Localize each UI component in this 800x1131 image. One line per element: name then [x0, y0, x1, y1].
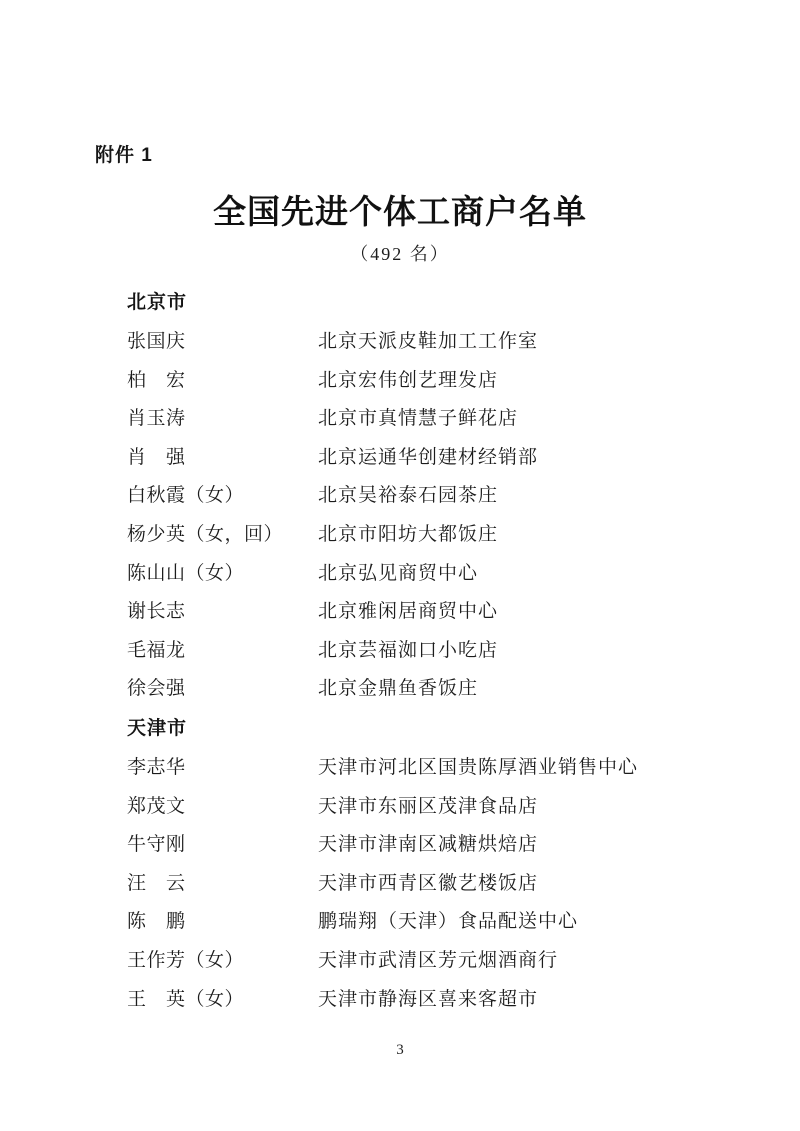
person-name: 徐会强 [127, 676, 318, 715]
person-name: 白秋霞（女） [127, 483, 318, 522]
person-name: 杨少英（女，回） [127, 522, 318, 561]
business-name: 北京市阳坊大都饭庄 [318, 522, 745, 561]
person-name: 李志华 [127, 755, 318, 794]
person-name: 陈山山（女） [127, 561, 318, 600]
page-number: 3 [0, 1042, 800, 1059]
business-name: 天津市武清区芳元烟酒商行 [318, 948, 745, 987]
business-name: 北京吴裕泰石园茶庄 [318, 483, 745, 522]
business-name: 北京金鼎鱼香饭庄 [318, 676, 745, 715]
person-name: 毛福龙 [127, 638, 318, 677]
person-name: 王 英（女） [127, 987, 318, 1026]
region-heading: 北京市 [127, 289, 745, 329]
person-name: 王作芳（女） [127, 948, 318, 987]
roster-row: 肖玉涛 北京市真情慧子鲜花店 [127, 406, 745, 445]
section-rows: 张国庆 北京天派皮鞋加工工作室 柏 宏 北京宏伟创艺理发店 肖玉涛 北京市真情慧… [127, 329, 745, 715]
person-name: 谢长志 [127, 599, 318, 638]
roster-row: 谢长志 北京雅闲居商贸中心 [127, 599, 745, 638]
roster-row: 郑茂文 天津市东丽区茂津食品店 [127, 794, 745, 833]
person-name: 汪 云 [127, 871, 318, 910]
page-subtitle: （492 名） [0, 240, 800, 266]
business-name: 天津市西青区徽艺楼饭店 [318, 871, 745, 910]
person-name: 郑茂文 [127, 794, 318, 833]
person-name: 张国庆 [127, 329, 318, 368]
region-section: 天津市 李志华 天津市河北区国贵陈厚酒业销售中心 郑茂文 天津市东丽区茂津食品店… [127, 715, 745, 1025]
roster: 北京市 张国庆 北京天派皮鞋加工工作室 柏 宏 北京宏伟创艺理发店 肖玉涛 北京… [127, 289, 745, 1025]
business-name: 北京雅闲居商贸中心 [318, 599, 745, 638]
person-name: 陈 鹏 [127, 909, 318, 948]
business-name: 天津市河北区国贵陈厚酒业销售中心 [318, 755, 745, 794]
business-name: 鹏瑞翔（天津）食品配送中心 [318, 909, 745, 948]
roster-row: 李志华 天津市河北区国贵陈厚酒业销售中心 [127, 755, 745, 794]
roster-row: 汪 云 天津市西青区徽艺楼饭店 [127, 871, 745, 910]
person-name: 柏 宏 [127, 368, 318, 407]
business-name: 北京弘见商贸中心 [318, 561, 745, 600]
roster-row: 牛守刚 天津市津南区减糖烘焙店 [127, 832, 745, 871]
region-section: 北京市 张国庆 北京天派皮鞋加工工作室 柏 宏 北京宏伟创艺理发店 肖玉涛 北京… [127, 289, 745, 715]
roster-row: 王作芳（女） 天津市武清区芳元烟酒商行 [127, 948, 745, 987]
person-name: 肖玉涛 [127, 406, 318, 445]
roster-row: 白秋霞（女） 北京吴裕泰石园茶庄 [127, 483, 745, 522]
roster-row: 杨少英（女，回） 北京市阳坊大都饭庄 [127, 522, 745, 561]
attachment-label: 附件 1 [95, 140, 153, 167]
business-name: 天津市东丽区茂津食品店 [318, 794, 745, 833]
region-heading: 天津市 [127, 715, 745, 755]
person-name: 牛守刚 [127, 832, 318, 871]
roster-row: 毛福龙 北京芸福洳口小吃店 [127, 638, 745, 677]
section-rows: 李志华 天津市河北区国贵陈厚酒业销售中心 郑茂文 天津市东丽区茂津食品店 牛守刚… [127, 755, 745, 1025]
business-name: 天津市静海区喜来客超市 [318, 987, 745, 1026]
business-name: 北京市真情慧子鲜花店 [318, 406, 745, 445]
business-name: 北京宏伟创艺理发店 [318, 368, 745, 407]
roster-row: 王 英（女） 天津市静海区喜来客超市 [127, 987, 745, 1026]
document-page: 附件 1 全国先进个体工商户名单 （492 名） 北京市 张国庆 北京天派皮鞋加… [0, 0, 800, 1131]
roster-row: 陈山山（女） 北京弘见商贸中心 [127, 561, 745, 600]
business-name: 北京芸福洳口小吃店 [318, 638, 745, 677]
roster-row: 肖 强 北京运通华创建材经销部 [127, 445, 745, 484]
business-name: 天津市津南区减糖烘焙店 [318, 832, 745, 871]
roster-row: 张国庆 北京天派皮鞋加工工作室 [127, 329, 745, 368]
business-name: 北京运通华创建材经销部 [318, 445, 745, 484]
person-name: 肖 强 [127, 445, 318, 484]
roster-row: 柏 宏 北京宏伟创艺理发店 [127, 368, 745, 407]
roster-row: 陈 鹏 鹏瑞翔（天津）食品配送中心 [127, 909, 745, 948]
roster-row: 徐会强 北京金鼎鱼香饭庄 [127, 676, 745, 715]
page-title: 全国先进个体工商户名单 [0, 186, 800, 233]
business-name: 北京天派皮鞋加工工作室 [318, 329, 745, 368]
